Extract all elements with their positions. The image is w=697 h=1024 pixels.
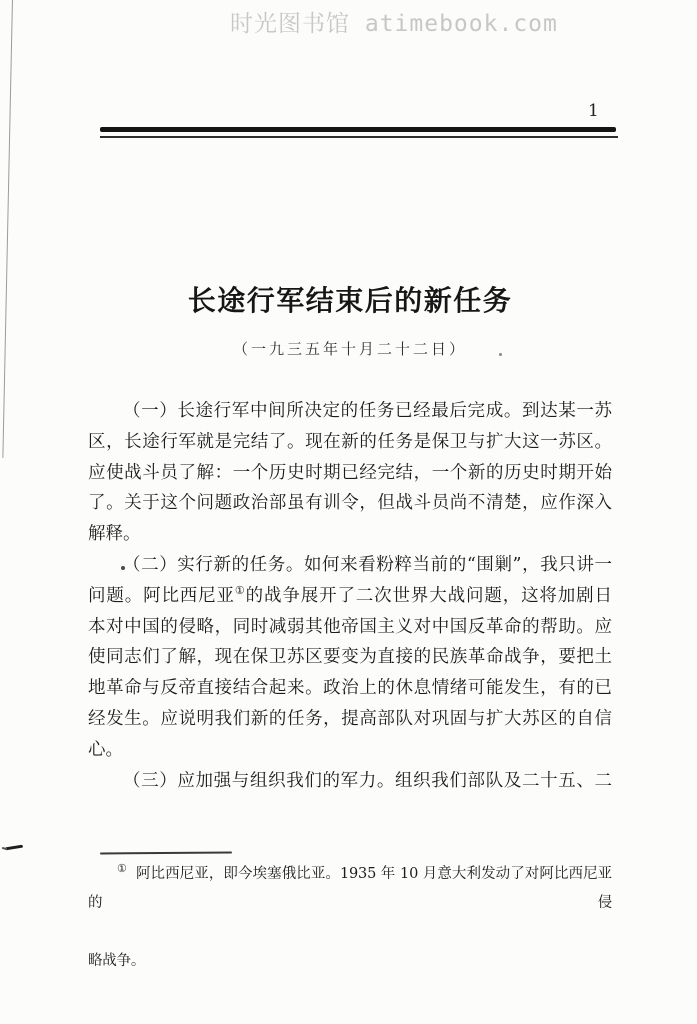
scanned-document-page: 时光图书馆 atimebook.com 1 长途行军结束后的新任务 （一九三五年… bbox=[0, 0, 697, 1024]
footnote: ①阿比西尼亚，即今埃塞俄比亚。1935 年 10 月意大利发动了对阿比西尼亚的侵… bbox=[88, 860, 612, 976]
body-paragraph-3: （三）应加强与组织我们的军力。组织我们部队及二十五、二十 bbox=[88, 766, 612, 797]
text-line: 地革命与反帝直接结合起来。政治上的休息情绪可能发生，有的已 bbox=[88, 673, 612, 704]
footnote-marker: ① bbox=[117, 862, 127, 875]
header-rule-thin bbox=[100, 136, 618, 138]
scan-artifact-smudge bbox=[5, 845, 23, 851]
text-line: 区，长途行军就是完结了。现在新的任务是保卫与扩大这一苏区。 bbox=[88, 427, 612, 458]
footnote-line: 略战争。 bbox=[88, 947, 612, 976]
scan-artifact-dot bbox=[121, 566, 125, 570]
text-line: 心。 bbox=[88, 735, 612, 766]
header-rule-thick bbox=[100, 127, 616, 132]
text-line: 了。关于这个问题政治部虽有训令，但战斗员尚不清楚，应作深入 bbox=[88, 488, 612, 519]
text-line: （三）应加强与组织我们的军力。组织我们部队及二十五、二十 bbox=[88, 766, 612, 797]
text-line: （二）实行新的任务。如何来看粉粹当前的“围剿”，我只讲一个 bbox=[88, 550, 612, 581]
watermark: 时光图书馆 atimebook.com bbox=[230, 5, 558, 38]
text-line: 经发生。应说明我们新的任务，提高部队对巩固与扩大苏区的自信 bbox=[88, 704, 612, 735]
text-line: 使同志们了解，现在保卫苏区要变为直接的民族革命战争，要把土 bbox=[88, 642, 612, 673]
text-line: （一）长途行军中间所决定的任务已经最后完成。到达某一苏 bbox=[88, 396, 612, 427]
page-number: 1 bbox=[588, 101, 599, 121]
document-title: 长途行军结束后的新任务 bbox=[88, 279, 612, 319]
text-line: 应使战斗员了解：一个历史时期已经完结，一个新的历史时期开始 bbox=[88, 458, 612, 489]
body-paragraph-1: （一）长途行军中间所决定的任务已经最后完成。到达某一苏 区，长途行军就是完结了。… bbox=[88, 396, 612, 550]
text-line: 本对中国的侵略，同时减弱其他帝国主义对中国反革命的帮助。应 bbox=[88, 612, 612, 643]
text-line: 问题。阿比西尼亚①的战争展开了二次世界大战问题，这将加剧日 bbox=[88, 581, 612, 612]
footnote-line: ①阿比西尼亚，即今埃塞俄比亚。1935 年 10 月意大利发动了对阿比西尼亚的侵 bbox=[88, 860, 612, 947]
body-text: （一）长途行军中间所决定的任务已经最后完成。到达某一苏 区，长途行军就是完结了。… bbox=[88, 396, 612, 796]
text-line: 解释。 bbox=[88, 519, 612, 550]
body-paragraph-2: （二）实行新的任务。如何来看粉粹当前的“围剿”，我只讲一个 问题。阿比西尼亚①的… bbox=[88, 550, 612, 766]
footnote-line-text: 阿比西尼亚，即今埃塞俄比亚。1935 年 10 月意大利发动了对阿比西尼亚的侵 bbox=[88, 866, 612, 911]
scan-artifact-period bbox=[499, 353, 502, 356]
document-date: （一九三五年十月二十二日） bbox=[88, 338, 612, 359]
footnote-separator bbox=[100, 852, 232, 855]
scan-artifact-edge-line bbox=[2, 0, 13, 458]
